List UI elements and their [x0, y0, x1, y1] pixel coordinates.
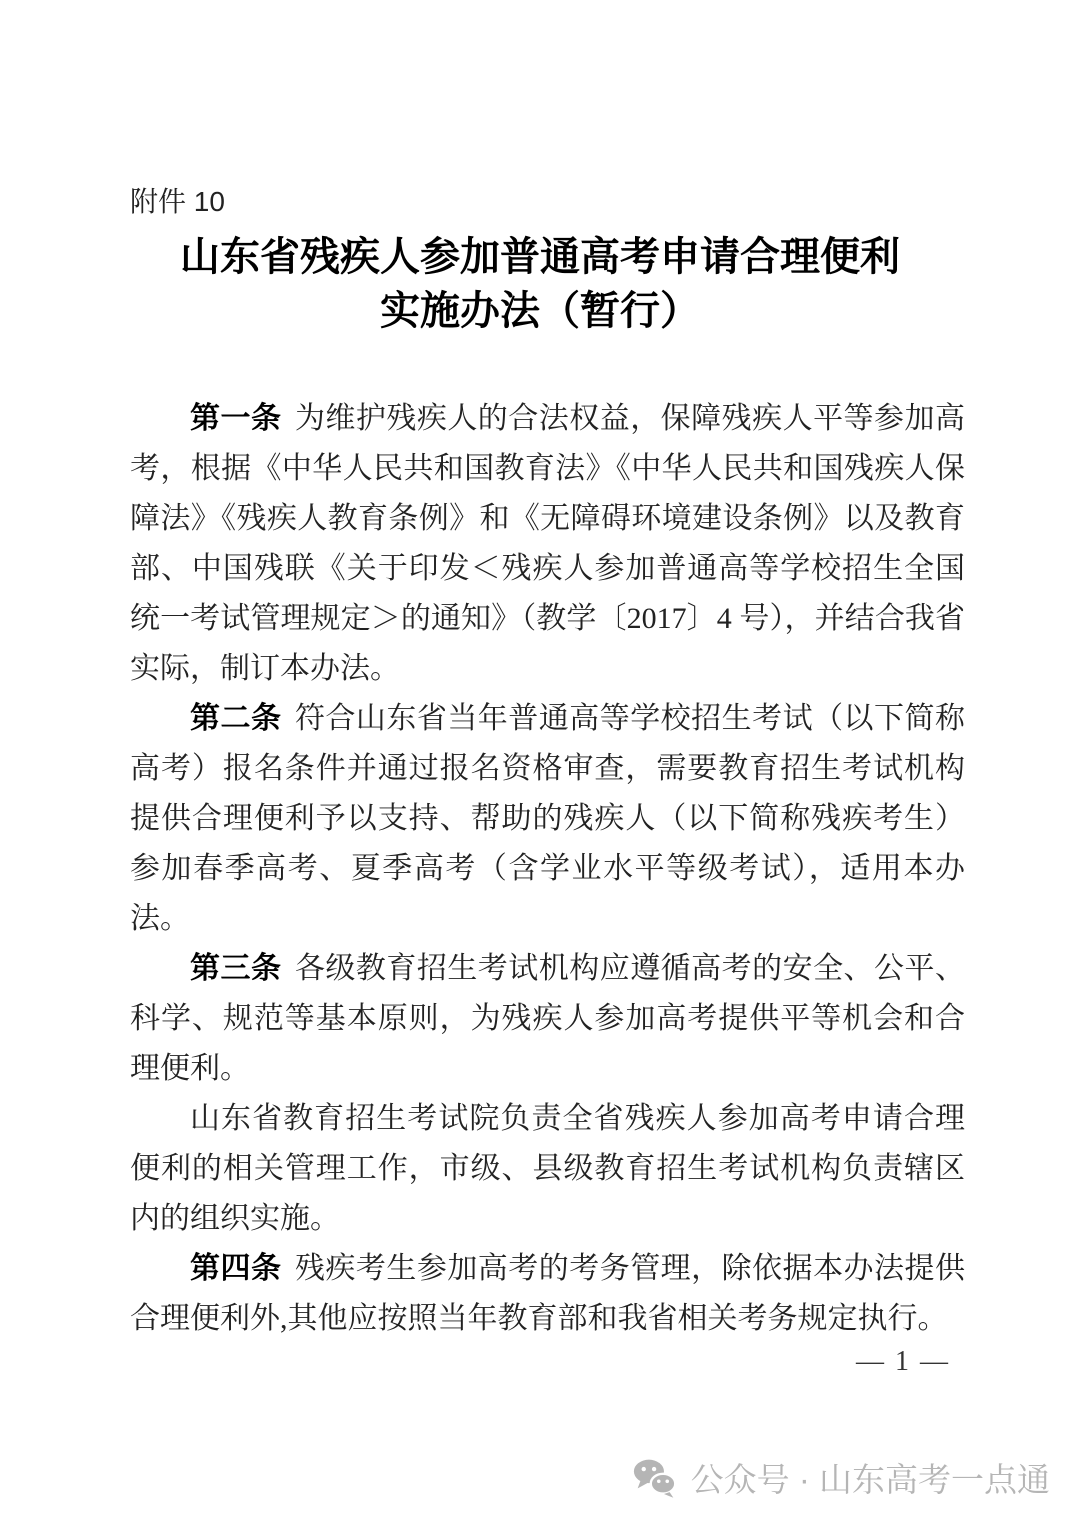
paragraph-text: 为维护残疾人的合法权益，保障残疾人平等参加高考，根据《中华人民共和国教育法》《中…	[130, 402, 965, 685]
article-paragraph: 第二条符合山东省当年普通高等学校招生考试（以下简称高考）报名条件并通过报名资格审…	[130, 694, 965, 944]
article-number: 第三条	[190, 952, 281, 985]
article-number: 第一条	[190, 402, 281, 435]
watermark: 公众号 · 山东高考一点通	[632, 1454, 1050, 1501]
document-title-line1: 山东省残疾人参加普通高考申请合理便利	[80, 230, 1000, 284]
document-title-line2: 实施办法（暂行）	[80, 284, 1000, 338]
paragraph-text: 符合山东省当年普通高等学校招生考试（以下简称高考）报名条件并通过报名资格审查，需…	[130, 702, 965, 935]
attachment-label: 附件 10	[130, 180, 225, 220]
article-paragraph: 第三条各级教育招生考试机构应遵循高考的安全、公平、科学、规范等基本原则，为残疾人…	[130, 944, 965, 1094]
page-number: — 1 —	[856, 1346, 950, 1378]
document-page: 附件 10 山东省残疾人参加普通高考申请合理便利 实施办法（暂行） 第一条为维护…	[0, 0, 1080, 1527]
document-title: 山东省残疾人参加普通高考申请合理便利 实施办法（暂行）	[80, 230, 1000, 338]
article-paragraph: 第一条为维护残疾人的合法权益，保障残疾人平等参加高考，根据《中华人民共和国教育法…	[130, 394, 965, 694]
document-body: 第一条为维护残疾人的合法权益，保障残疾人平等参加高考，根据《中华人民共和国教育法…	[130, 394, 965, 1344]
paragraph-text: 山东省教育招生考试院负责全省残疾人参加高考申请合理便利的相关管理工作，市级、县级…	[130, 1102, 965, 1235]
article-number: 第四条	[190, 1252, 281, 1285]
watermark-text: 公众号 · 山东高考一点通	[691, 1454, 1050, 1501]
article-paragraph: 山东省教育招生考试院负责全省残疾人参加高考申请合理便利的相关管理工作，市级、县级…	[130, 1094, 965, 1244]
article-number: 第二条	[190, 702, 281, 735]
article-paragraph: 第四条残疾考生参加高考的考务管理，除依据本办法提供合理便利外,其他应按照当年教育…	[130, 1244, 965, 1344]
wechat-icon	[632, 1457, 679, 1499]
